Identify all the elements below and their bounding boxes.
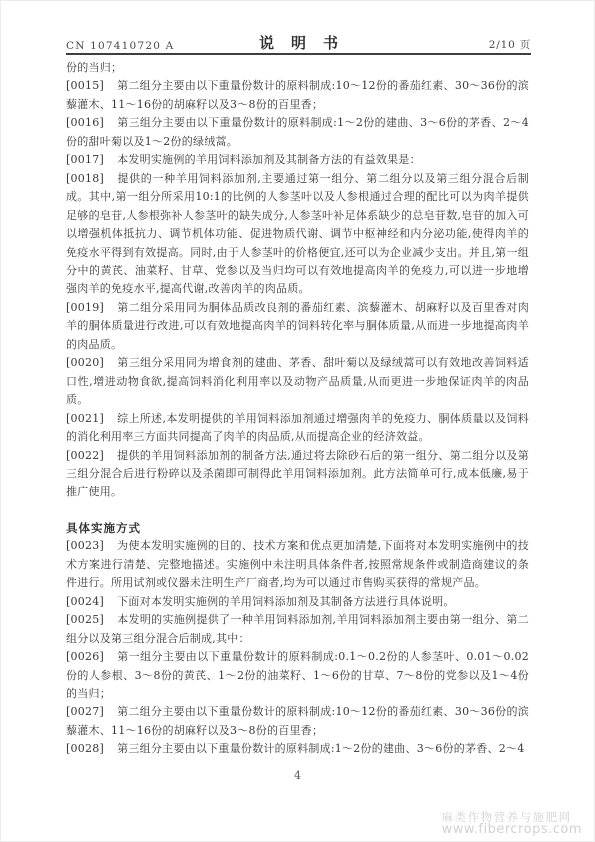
paragraph: [0019]第二组分采用同为胴体品质改良剂的番茄红素、滨藜灌木、胡麻籽以及百里香… [66,299,529,354]
paragraph-number: [0016] [66,116,104,129]
paragraph-text: 第三组分主要由以下重量份数计的原料制成:1～2份的建曲、3～6份的茅香、2～4份… [66,116,529,147]
watermark-url: www.fibercrops.com [442,824,582,836]
paragraph: [0021]综上所述,本发明提供的羊用饲料添加剂通过增强肉羊的免疫力、胴体质量以… [66,410,529,447]
paragraph-text: 第二组分采用同为胴体品质改良剂的番茄红素、滨藜灌木、胡麻籽以及百里香对肉羊的胴体… [66,301,529,351]
paragraph-number: [0019] [66,301,104,314]
paragraph-text: 下面对本发明实施例的羊用饲料添加剂及其制备方法进行具体说明。 [117,595,455,608]
paragraph-text: 第二组分主要由以下重量份数计的原料制成:10～12份的番茄红素、30～36份的滨… [66,79,529,110]
paragraph-text: 第三组分采用同为增食剂的建曲、茅香、甜叶菊以及绿绒蒿可以有效地改善饲料适口性,增… [66,356,529,406]
paragraph: [0022]提供的羊用饲料添加剂的制备方法,通过将去除砂石后的第一组分、第二组分… [66,447,529,502]
page-indicator: 2/10 页 [489,37,531,52]
paragraph-number: [0021] [66,412,104,425]
page-header: CN 107410720 A 说明书 2/10 页 [66,34,531,52]
paragraph: [0028]第三组分主要由以下重量份数计的原料制成:1～2份的建曲、3～6份的茅… [66,740,529,758]
paragraph: 份的当归； [66,59,529,77]
paragraph: [0023]为使本发明实施例的目的、技术方案和优点更加清楚,下面将对本发明实施例… [66,537,529,592]
paragraph-number: [0020] [66,356,104,369]
paragraph-text: 提供的羊用饲料添加剂的制备方法,通过将去除砂石后的第一组分、第二组分以及第三组分… [66,449,529,499]
paragraph-number: [0022] [66,449,104,462]
paragraph-number: [0023] [66,539,104,552]
section-heading: 具体实施方式 [66,519,529,537]
paragraph-text: 本发明实施例的羊用饲料添加剂及其制备方法的有益效果是： [117,153,421,166]
paragraph: [0017]本发明实施例的羊用饲料添加剂及其制备方法的有益效果是： [66,151,529,169]
paragraph-text: 为使本发明实施例的目的、技术方案和优点更加清楚,下面将对本发明实施例中的技术方案… [66,539,529,589]
paragraph: [0020]第三组分采用同为增食剂的建曲、茅香、甜叶菊以及绿绒蒿可以有效地改善饲… [66,354,529,409]
paragraph-number: [0026] [66,650,104,663]
paragraph-number: [0018] [66,172,104,185]
paragraph-number: [0027] [66,705,104,718]
paragraph-text: 第二组分主要由以下重量份数计的原料制成:10～12份的番茄红素、30～36份的滨… [66,705,529,736]
paragraph-number: [0024] [66,595,104,608]
header-rule [66,53,531,55]
paragraph: [0016]第三组分主要由以下重量份数计的原料制成:1～2份的建曲、3～6份的茅… [66,114,529,151]
watermark: 麻类作物营养与施肥网 www.fibercrops.com [442,812,582,835]
paragraph: [0024]下面对本发明实施例的羊用饲料添加剂及其制备方法进行具体说明。 [66,593,529,611]
paragraph-number: [0015] [66,79,104,92]
paragraph-text: 第三组分主要由以下重量份数计的原料制成:1～2份的建曲、3～6份的茅香、2～4 [117,742,524,755]
paragraph-number: [0025] [66,613,104,626]
document-body: 份的当归；[0015]第二组分主要由以下重量份数计的原料制成:10～12份的番茄… [66,59,529,759]
paragraph-text: 第一组分主要由以下重量份数计的原料制成:0.1～0.2份的人参茎叶、0.01～0… [66,650,529,700]
paragraph-text: 本发明的实施例提供了一种羊用饲料添加剂,羊用饲料添加剂主要由第一组分、第二组分以… [66,613,529,644]
paragraph: [0025]本发明的实施例提供了一种羊用饲料添加剂,羊用饲料添加剂主要由第一组分… [66,611,529,648]
paragraph-text: 提供的一种羊用饲料添加剂,主要通过第一组分、第二组分以及第三组分混合后制成。其中… [66,172,529,296]
paragraph: [0015]第二组分主要由以下重量份数计的原料制成:10～12份的番茄红素、30… [66,77,529,114]
document-title: 说明书 [242,32,355,53]
paragraph: [0026]第一组分主要由以下重量份数计的原料制成:0.1～0.2份的人参茎叶、… [66,648,529,703]
paragraph-number: [0028] [66,742,104,755]
footer-page-number: 4 [0,769,595,782]
paragraph: [0018]提供的一种羊用饲料添加剂,主要通过第一组分、第二组分以及第三组分混合… [66,170,529,299]
patent-page: CN 107410720 A 说明书 2/10 页 份的当归；[0015]第二组… [0,0,595,842]
patent-number: CN 107410720 A [66,40,174,52]
paragraph-text: 份的当归； [66,61,122,74]
paragraph-text: 综上所述,本发明提供的羊用饲料添加剂通过增强肉羊的免疫力、胴体质量以及饲料的消化… [66,412,529,443]
paragraph-number: [0017] [66,153,104,166]
paragraph: [0027]第二组分主要由以下重量份数计的原料制成:10～12份的番茄红素、30… [66,703,529,740]
